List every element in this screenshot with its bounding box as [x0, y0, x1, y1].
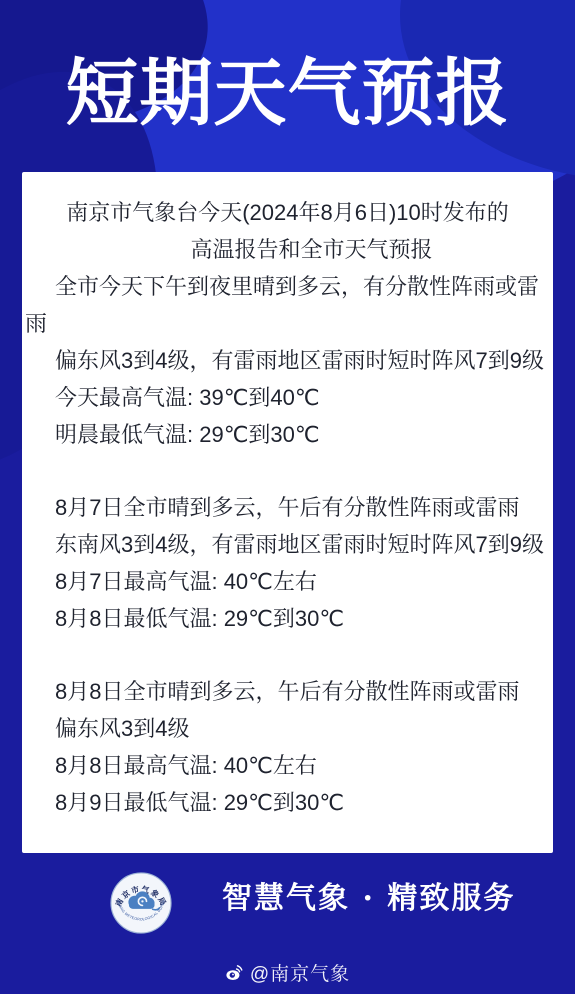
forecast-line: 今天最高气温: 39℃到40℃ [22, 379, 553, 416]
weibo-attribution: @南京气象 [0, 959, 575, 986]
forecast-line: 偏东风3到4级 [22, 710, 553, 747]
forecast-line: 高温报告和全市天气预报 [46, 231, 575, 268]
forecast-line-spacer [22, 637, 553, 673]
forecast-line: 全市今天下午到夜里晴到多云，有分散性阵雨或雷 [22, 268, 553, 305]
forecast-card: 南京市气象台今天(2024年8月6日)10时发布的 高温报告和全市天气预报 全市… [22, 172, 553, 853]
forecast-line: 明晨最低气温: 29℃到30℃ [22, 416, 553, 453]
forecast-line: 偏东风3到4级，有雷雨地区雷雨时短时阵风7到9级 [22, 342, 553, 379]
footer-slogan: 智慧气象 · 精致服务 [222, 882, 515, 916]
forecast-line: 8月8日最低气温: 29℃到30℃ [22, 600, 553, 637]
forecast-line: 8月8日最高气温: 40℃左右 [22, 747, 553, 784]
forecast-line-spacer [22, 453, 553, 489]
forecast-line: 8月7日最高气温: 40℃左右 [22, 563, 553, 600]
weibo-handle: @南京气象 [250, 959, 350, 986]
weather-bulletin-poster: 短期天气预报 南京市气象台今天(2024年8月6日)10时发布的 高温报告和全市… [0, 0, 575, 994]
forecast-line: 8月7日全市晴到多云，午后有分散性阵雨或雷雨 [22, 489, 553, 526]
weibo-icon [225, 963, 244, 982]
poster-title: 短期天气预报 [0, 50, 575, 136]
forecast-line: 8月8日全市晴到多云，午后有分散性阵雨或雷雨 [22, 673, 553, 710]
bureau-logo: 南京市气象局 NANJING METEOROLOGICAL BUREAU [110, 872, 172, 934]
forecast-line: 东南风3到4级，有雷雨地区雷雨时短时阵风7到9级 [22, 526, 553, 563]
forecast-line: 雨 [22, 305, 553, 342]
forecast-line: 南京市气象台今天(2024年8月6日)10时发布的 [22, 194, 553, 231]
forecast-line: 8月9日最低气温: 29℃到30℃ [22, 784, 553, 821]
